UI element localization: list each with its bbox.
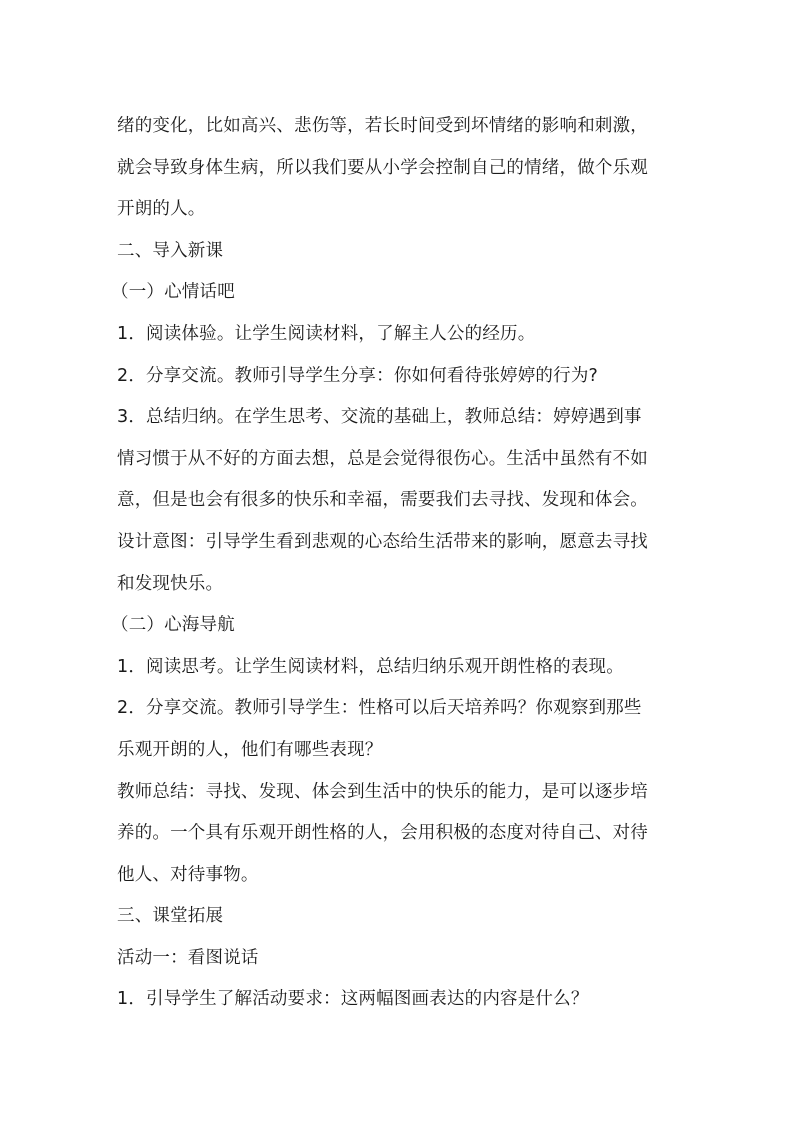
paragraph-line: 乐观开朗的人，他们有哪些表现？ <box>117 730 679 772</box>
subsection-heading-1: （一）心情话吧 <box>111 272 679 314</box>
section-heading-2: 二、导入新课 <box>117 231 679 273</box>
document-page: 绪的变化，比如高兴、悲伤等，若长时间受到坏情绪的影响和刺激， 就会导致身体生病，… <box>117 106 679 1021</box>
paragraph-line: 意，但是也会有很多的快乐和幸福，需要我们去寻找、发现和体会。 <box>117 480 679 522</box>
list-item: 1．引导学生了解活动要求：这两幅图画表达的内容是什么？ <box>117 979 679 1021</box>
paragraph-line: 情习惯于从不好的方面去想，总是会觉得很伤心。生活中虽然有不如 <box>117 439 679 481</box>
list-item: 2．分享交流。教师引导学生分享：你如何看待张婷婷的行为? <box>117 356 679 398</box>
design-intent-line: 设计意图：引导学生看到悲观的心态给生活带来的影响，愿意去寻找 <box>117 522 679 564</box>
list-item: 1．阅读体验。让学生阅读材料，了解主人公的经历。 <box>117 314 679 356</box>
section-heading-3: 三、课堂拓展 <box>117 896 679 938</box>
teacher-summary-line: 教师总结：寻找、发现、体会到生活中的快乐的能力，是可以逐步培 <box>117 772 679 814</box>
paragraph-line: 和发现快乐。 <box>117 564 679 606</box>
paragraph-line: 绪的变化，比如高兴、悲伤等，若长时间受到坏情绪的影响和刺激， <box>117 106 679 148</box>
list-item: 3．总结归纳。在学生思考、交流的基础上，教师总结：婷婷遇到事 <box>117 397 679 439</box>
activity-heading: 活动一：看图说话 <box>117 938 679 980</box>
list-item: 2．分享交流。教师引导学生：性格可以后天培养吗？你观察到那些 <box>117 688 679 730</box>
paragraph-line: 就会导致身体生病，所以我们要从小学会控制自己的情绪，做个乐观 <box>117 148 679 190</box>
paragraph-line: 他人、对待事物。 <box>117 855 679 897</box>
subsection-heading-2: （二）心海导航 <box>111 605 679 647</box>
paragraph-line: 开朗的人。 <box>117 189 679 231</box>
paragraph-line: 养的。一个具有乐观开朗性格的人，会用积极的态度对待自己、对待 <box>117 813 679 855</box>
list-item: 1．阅读思考。让学生阅读材料，总结归纳乐观开朗性格的表现。 <box>117 647 679 689</box>
